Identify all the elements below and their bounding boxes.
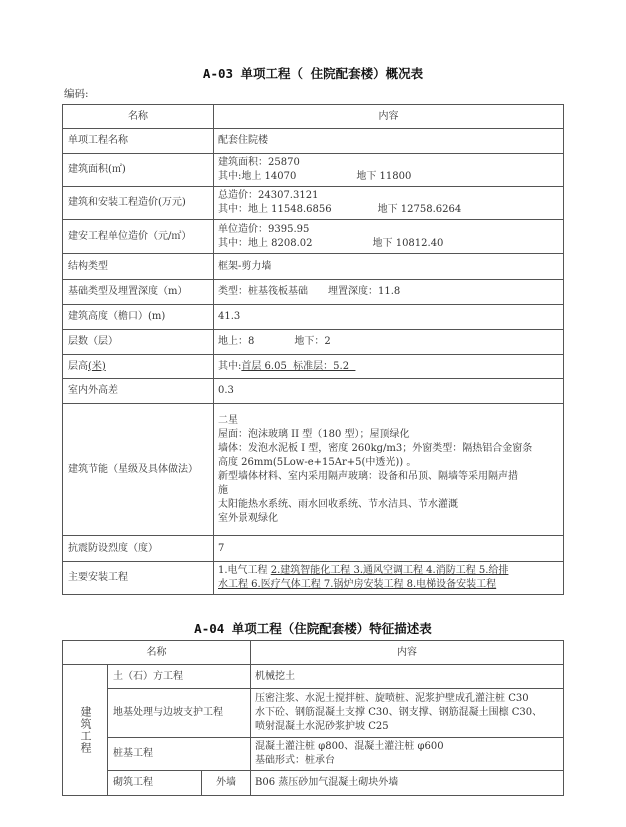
row-content: 1.电气工程 2.建筑智能化工程 3.通风空调工程 4.消防工程 5.给排 水工… [214,562,564,595]
table2-title: A-04 单项工程（住院配套楼）特征描述表 [0,619,626,637]
content-line: 其中：地上 8208.02地下 10812.40 [218,237,559,251]
content-line: 新型墙体材料、室内采用隔声玻璃：设备和吊顶、隔墙等采用隔声措 [218,470,559,484]
table-row: 主要安装工程 1.电气工程 2.建筑智能化工程 3.通风空调工程 4.消防工程 … [63,562,564,595]
name-unit: (米) [88,361,106,372]
name-prefix: 层高 [68,361,88,372]
content-line: 基础形式：桩承台 [255,754,559,768]
table-row: 桩基工程 混凝土灌注桩 φ800、混凝土灌注桩 φ600 基础形式：桩承台 [63,738,564,771]
row-subname: 外墙 [202,771,251,796]
value-above: 其中：地上 8208.02 [218,238,313,249]
row-name: 层高(米) [63,355,214,379]
foundation-type: 类型：桩基筏板基础 [218,286,308,297]
table-row: 建筑工程 土（石）方工程 机械挖土 [63,665,564,689]
content-line: 混凝土灌注桩 φ800、混凝土灌注桩 φ600 [255,740,559,754]
content-line: 建筑面积：25870 [218,156,559,170]
row-name: 结构类型 [63,254,214,280]
content-line: 喷射混凝土水泥砂浆护坡 C25 [255,720,559,734]
content-line: 1.电气工程 2.建筑智能化工程 3.通风空调工程 4.消防工程 5.给排 [218,564,559,578]
row-content: 压密注浆、水泥土搅拌桩、旋喷桩、泥浆护壁成孔灌注桩 C30 水下砼、钢筋混凝土支… [251,689,564,738]
row-content: 二星 屋面：泡沫玻璃 II 型（180 型）；屋顶绿化 墙体：发泡水泥板 I 型… [214,404,564,536]
content-line: 水下砼、钢筋混凝土支撑 C30、钢支撑、钢筋混凝土围檩 C30、 [255,706,559,720]
content-line: 施 [218,484,559,498]
table-row: 建筑高度（檐口）(m) 41.3 [63,305,564,330]
content-line: 其中：地上 11548.6856地下 12758.6264 [218,203,559,217]
row-content: 单位造价：9395.95 其中：地上 8208.02地下 10812.40 [214,220,564,254]
foundation-depth: 埋置深度：11.8 [328,286,400,297]
table-row: 建筑面积(㎡) 建筑面积：25870 其中:地上 14070地下 11800 [63,154,564,187]
header-name: 名称 [63,105,214,129]
content-prefix: 其中: [218,361,241,372]
row-name: 层数（层） [63,330,214,355]
value-below: 地下 12758.6264 [378,204,462,215]
row-name: 室内外高差 [63,379,214,404]
table-row: 室内外高差 0.3 [63,379,564,404]
row-content: 框架-剪力墙 [214,254,564,280]
row-name: 主要安装工程 [63,562,214,595]
header-content: 内容 [214,105,564,129]
content-line: 室外景观绿化 [218,512,559,526]
table-row: 建筑节能（星级及具体做法） 二星 屋面：泡沫玻璃 II 型（180 型）；屋顶绿… [63,404,564,536]
content-line: 其中:地上 14070地下 11800 [218,170,559,184]
row-content: 配套住院楼 [214,129,564,154]
row-name: 单项工程名称 [63,129,214,154]
table-row: 建安工程单位造价（元/㎡） 单位造价：9395.95 其中：地上 8208.02… [63,220,564,254]
row-name: 建筑高度（檐口）(m) [63,305,214,330]
content-line: 压密注浆、水泥土搅拌桩、旋喷桩、泥浆护壁成孔灌注桩 C30 [255,692,559,706]
content-line: 二星 [218,414,559,428]
table-row: 结构类型 框架-剪力墙 [63,254,564,280]
table-row: 层数（层） 地上：8地下：2 [63,330,564,355]
table1-title: A-03 单项工程（ 住院配套楼）概况表 [0,64,626,82]
row-content: 类型：桩基筏板基础埋置深度：11.8 [214,280,564,305]
row-name: 基础类型及埋置深度（m） [63,280,214,305]
row-name: 建筑和安装工程造价(万元) [63,187,214,220]
floors-above: 地上：8 [218,336,254,347]
content-line: 水工程 6.医疗气体工程 7.锅炉房安装工程 8.电梯设备安装工程 [218,578,559,592]
row-content: B06 蒸压砂加气混凝土砌块外墙 [251,771,564,796]
row-name: 建安工程单位造价（元/㎡） [63,220,214,254]
header-content: 内容 [251,641,564,665]
row-content: 其中:首层 6.05 标准层：5.2 [214,355,564,379]
table-row: 抗震防设烈度（度） 7 [63,536,564,562]
content-line: 太阳能热水系统、雨水回收系统、节水洁具、节水灌溉 [218,498,559,512]
table-row: 砌筑工程 外墙 B06 蒸压砂加气混凝土砌块外墙 [63,771,564,796]
overview-table: 名称 内容 单项工程名称 配套住院楼 建筑面积(㎡) 建筑面积：25870 其中… [62,104,564,595]
table-row: 建筑和安装工程造价(万元) 总造价：24307.3121 其中：地上 11548… [63,187,564,220]
row-name: 建筑面积(㎡) [63,154,214,187]
value-above: 其中:地上 14070 [218,171,296,182]
value-below: 地下 10812.40 [373,238,444,249]
table-row: 单项工程名称 配套住院楼 [63,129,564,154]
value-above: 其中：地上 11548.6856 [218,204,332,215]
value-below: 地下 11800 [356,171,411,182]
row-content: 机械挖土 [251,665,564,689]
table-row: 基础类型及埋置深度（m） 类型：桩基筏板基础埋置深度：11.8 [63,280,564,305]
row-content: 0.3 [214,379,564,404]
content-line: 屋面：泡沫玻璃 II 型（180 型）；屋顶绿化 [218,428,559,442]
row-name: 砌筑工程 [108,771,202,796]
row-content: 7 [214,536,564,562]
table-header-row: 名称 内容 [63,105,564,129]
row-name: 抗震防设烈度（度） [63,536,214,562]
install-item-1: 1.电气工程 [218,565,271,576]
row-content: 总造价：24307.3121 其中：地上 11548.6856地下 12758.… [214,187,564,220]
storey-heights: 首层 6.05 标准层：5.2 [241,361,355,372]
content-line: 高度 26mm(5Low-e+15Ar+5(中透光)) 。 [218,456,559,470]
table-row: 层高(米) 其中:首层 6.05 标准层：5.2 [63,355,564,379]
category-label: 建筑工程 [78,706,92,754]
table-header-row: 名称 内容 [63,641,564,665]
content-line: 墙体：发泡水泥板 I 型，密度 260kg/m3；外窗类型：隔热铝合金窗条 [218,442,559,456]
content-line: 总造价：24307.3121 [218,189,559,203]
install-items: 2.建筑智能化工程 3.通风空调工程 4.消防工程 5.给排 [271,565,509,576]
row-content: 建筑面积：25870 其中:地上 14070地下 11800 [214,154,564,187]
row-content: 混凝土灌注桩 φ800、混凝土灌注桩 φ600 基础形式：桩承台 [251,738,564,771]
floors-below: 地下：2 [294,336,330,347]
feature-table: 名称 内容 建筑工程 土（石）方工程 机械挖土 地基处理与边坡支护工程 压密注浆… [62,640,564,796]
row-name: 地基处理与边坡支护工程 [108,689,251,738]
code-label: 编码: [64,86,89,101]
row-name: 桩基工程 [108,738,251,771]
row-content: 地上：8地下：2 [214,330,564,355]
content-line: 单位造价：9395.95 [218,223,559,237]
header-name: 名称 [63,641,251,665]
category-cell: 建筑工程 [63,665,108,796]
row-name: 建筑节能（星级及具体做法） [63,404,214,536]
table-row: 地基处理与边坡支护工程 压密注浆、水泥土搅拌桩、旋喷桩、泥浆护壁成孔灌注桩 C3… [63,689,564,738]
row-name: 土（石）方工程 [108,665,251,689]
row-content: 41.3 [214,305,564,330]
